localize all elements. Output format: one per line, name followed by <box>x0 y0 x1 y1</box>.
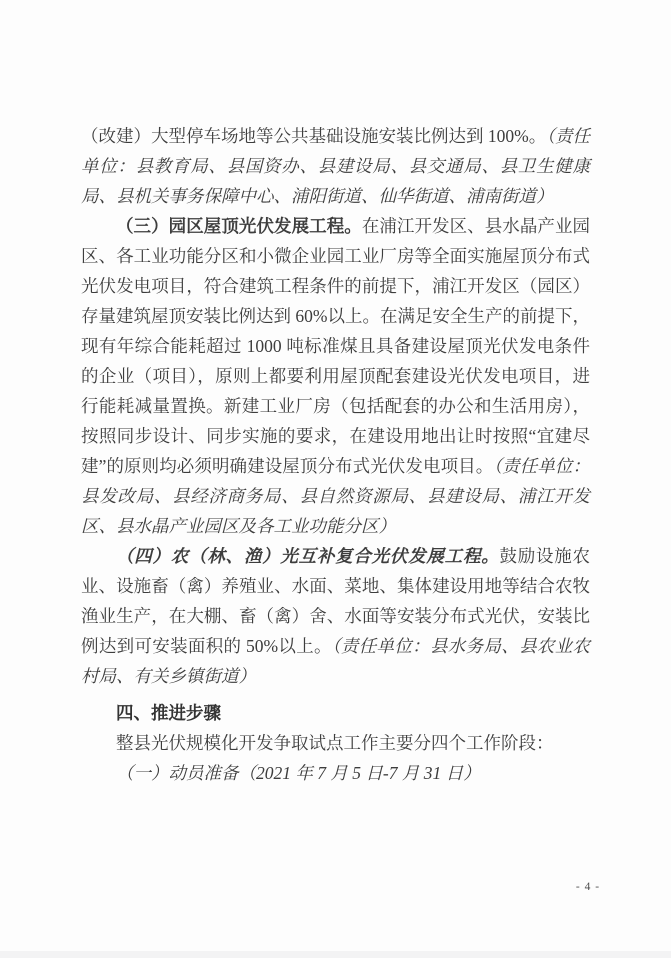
document-page: （改建）大型停车场地等公共基础设施安装比例达到 100%。（责任单位：县教育局、… <box>0 0 671 958</box>
paragraph-stages-intro: 整县光伏规模化开发争取试点工作主要分四个工作阶段： <box>81 728 590 758</box>
section-4-lead-heading: （四）农（林、渔）光互补复合光伏发展工程。 <box>116 546 499 566</box>
heading-promotion-steps: 四、推进步骤 <box>81 698 590 728</box>
paragraph-section-3: （三）园区屋顶光伏发展工程。在浦江开发区、县水晶产业园区、各工业功能分区和小微企… <box>81 211 590 541</box>
paragraph-section-4: （四）农（林、渔）光互补复合光伏发展工程。鼓励设施农业、设施畜（禽）养殖业、水面… <box>81 541 590 691</box>
paragraph-continuation: （改建）大型停车场地等公共基础设施安装比例达到 100%。（责任单位：县教育局、… <box>81 121 590 211</box>
continuation-body-text: （改建）大型停车场地等公共基础设施安装比例达到 100%。 <box>81 126 546 146</box>
section-3-body-text: 在浦江开发区、县水晶产业园区、各工业功能分区和小微企业园工业厂房等全面实施屋顶分… <box>81 216 590 476</box>
page-number: - 4 - <box>552 881 624 893</box>
paragraph-stage-1-mobilization: （一）动员准备（2021 年 7 月 5 日-7 月 31 日） <box>81 758 590 788</box>
scan-edge-shadow <box>0 951 671 958</box>
document-body: （改建）大型停车场地等公共基础设施安装比例达到 100%。（责任单位：县教育局、… <box>81 121 590 788</box>
section-3-lead-heading: （三）园区屋顶光伏发展工程。 <box>116 216 362 236</box>
